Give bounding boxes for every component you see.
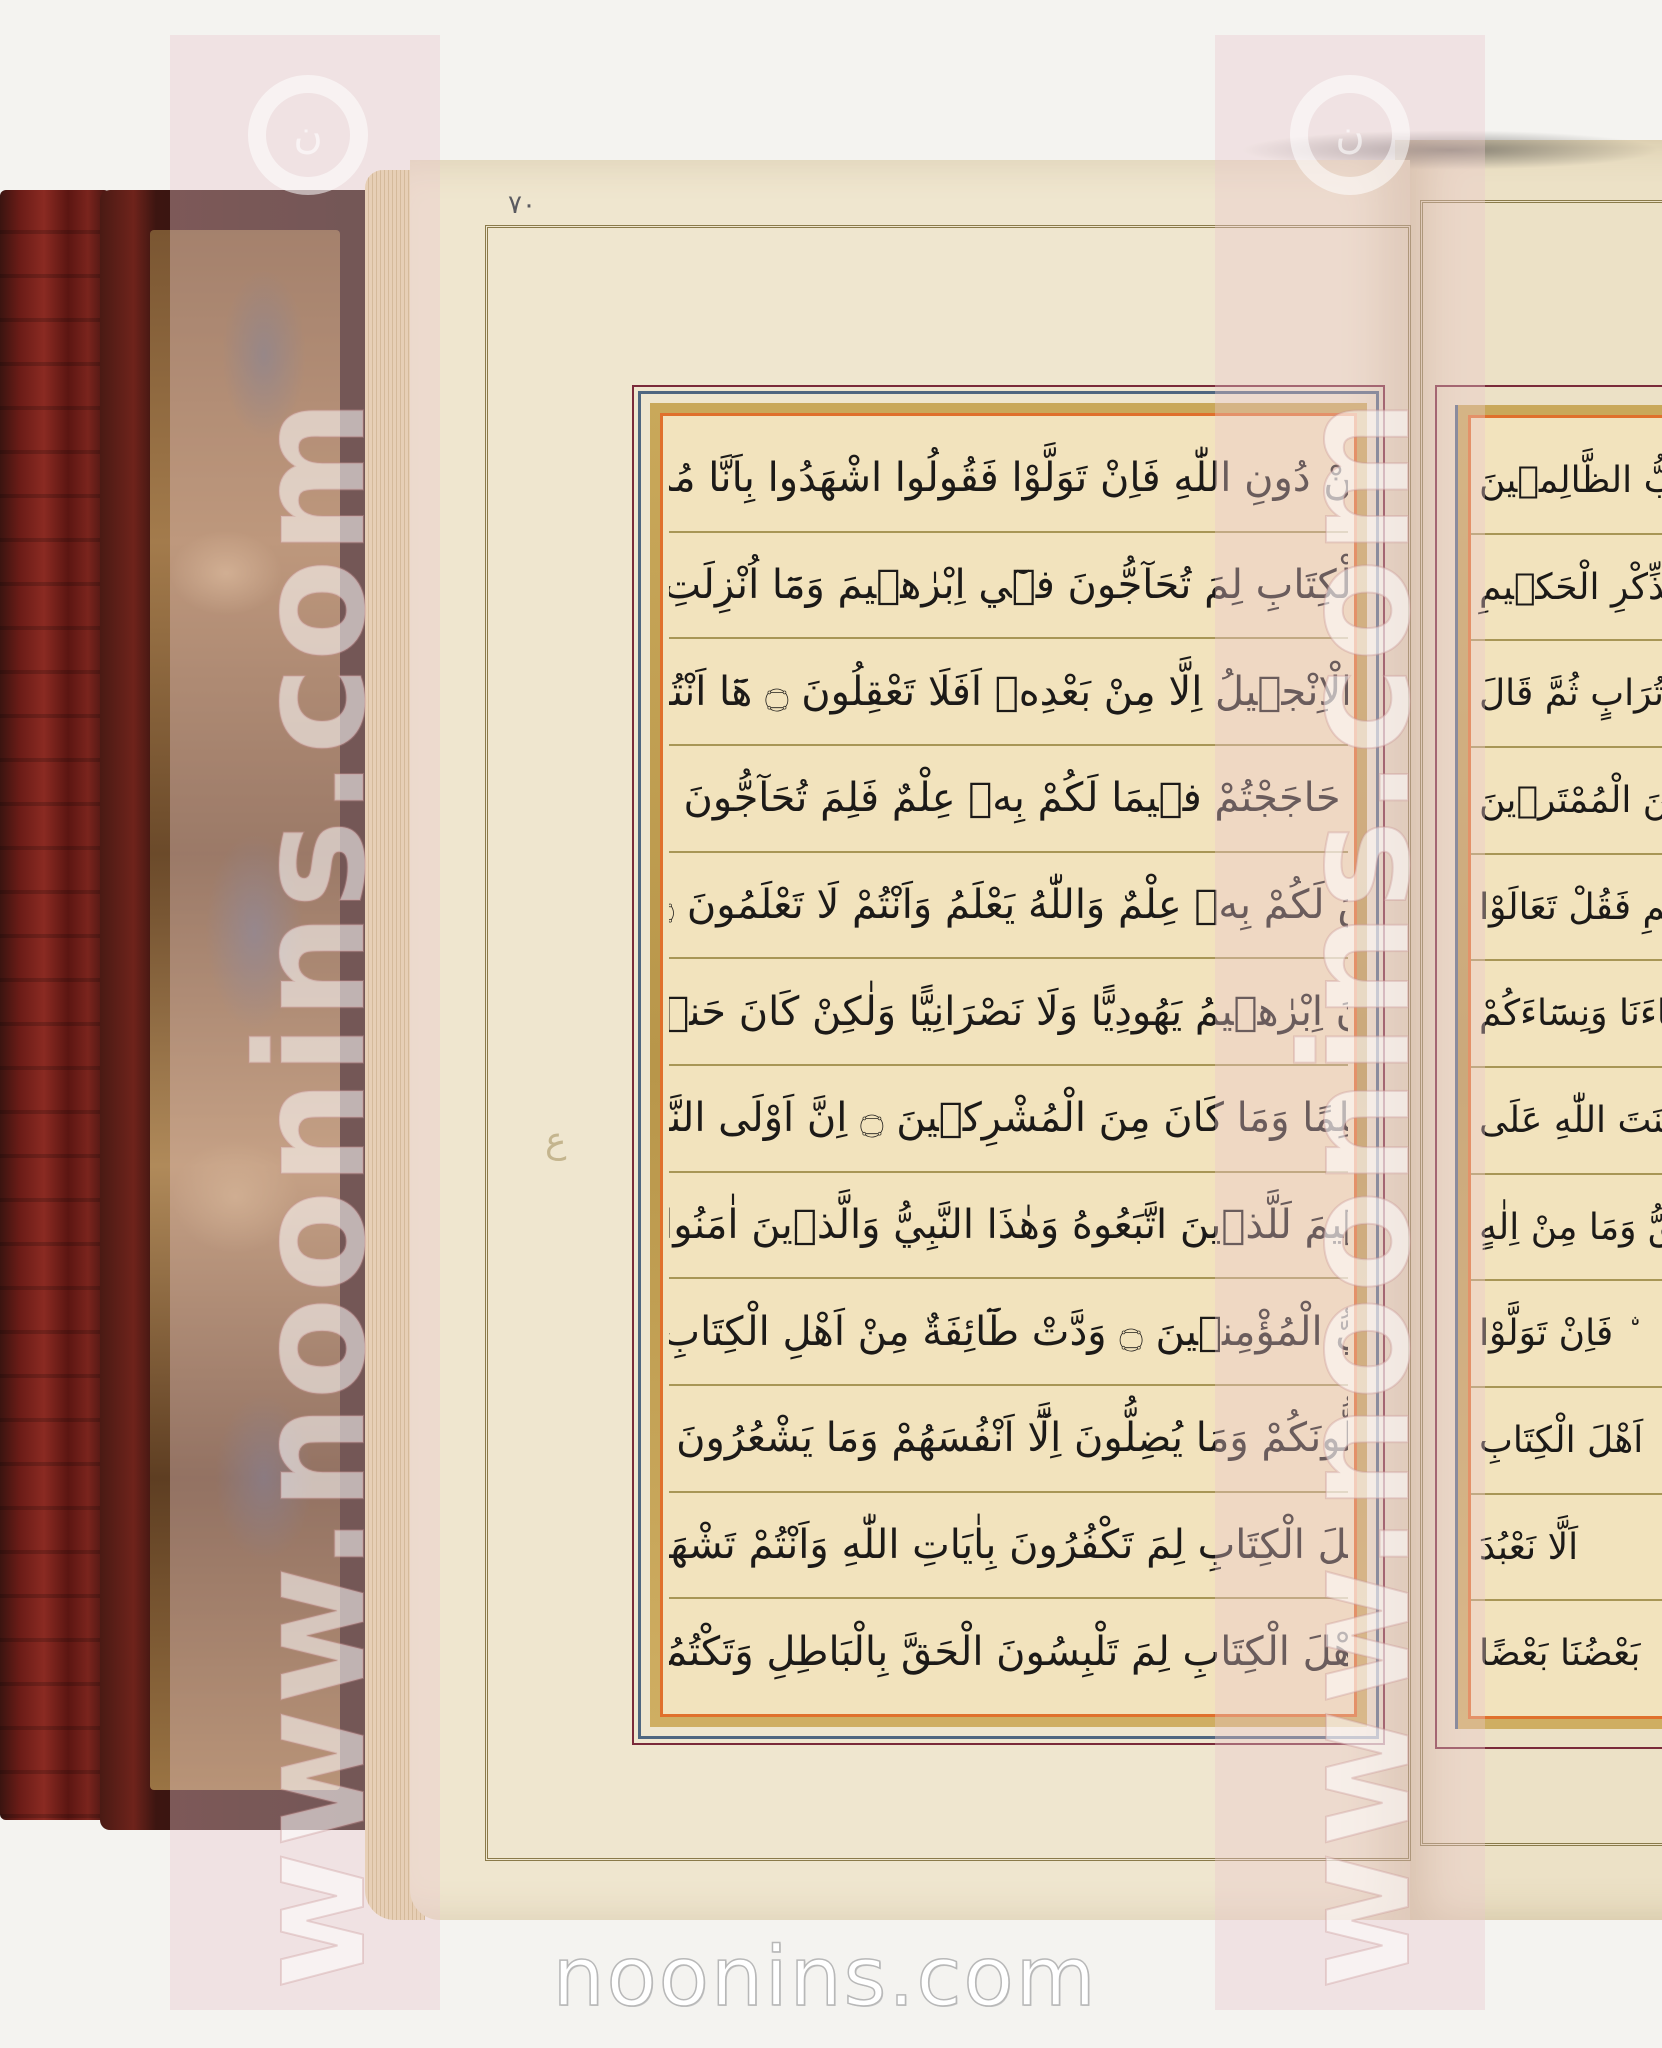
text-line: لَعْنَتَ اللّٰهِ عَلَى — [1471, 1068, 1662, 1175]
page-number: ٧٠ — [508, 190, 536, 220]
text-line: مِنْ تُرَابٍ ثُمَّ قَالَ — [1471, 641, 1662, 748]
watermark-vertical-text: www.noonins.com — [1270, 290, 1430, 1990]
watermark-bottom-text: noonins.com — [525, 1930, 1125, 2025]
watermark-vertical-text: www.noonins.com — [225, 290, 385, 1990]
text-line: ۨ الذِّكْرِ الْحَكٖيمِ — [1471, 535, 1662, 642]
text-line: ۨ مِنَ الْمُمْتَرٖينَ — [1471, 748, 1662, 855]
gold-border: ۨ يُحِبُّ الظَّالِمٖينَ ۨ الذِّكْرِ الْح… — [1455, 405, 1662, 1729]
text-line: اَلَّا نَعْبُدَ — [1471, 1495, 1662, 1602]
margin-mark: ع — [545, 1120, 566, 1161]
watermark-logo-icon: ن — [1290, 75, 1410, 195]
leather-cover-edge — [0, 190, 110, 1820]
text-panel: ۨ يُحِبُّ الظَّالِمٖينَ ۨ الذِّكْرِ الْح… — [1468, 415, 1662, 1719]
text-line: اَبْنَٓاءَنَا وَنِسَٓاءَكُمْ — [1471, 961, 1662, 1068]
text-line: ۨ فَاِنْ تَوَلَّوْا — [1471, 1281, 1662, 1388]
text-line: الْعِلْمِ فَقُلْ تَعَالَوْا — [1471, 855, 1662, 962]
manuscript-photo: ٧٠ ع اَرْبَابًا مِنْ دُونِ اللّٰهِ فَاِن… — [0, 0, 1662, 2048]
text-line: ۨ يُحِبُّ الظَّالِمٖينَ — [1471, 428, 1662, 535]
watermark-logo-icon: ن — [248, 75, 368, 195]
text-line: اَهْلَ الْكِتَابِ — [1471, 1388, 1662, 1495]
text-line: بَعْضُنَا بَعْضًا — [1471, 1601, 1662, 1706]
text-line: الْحَقُّ وَمَا مِنْ اِلٰهٍ — [1471, 1175, 1662, 1282]
